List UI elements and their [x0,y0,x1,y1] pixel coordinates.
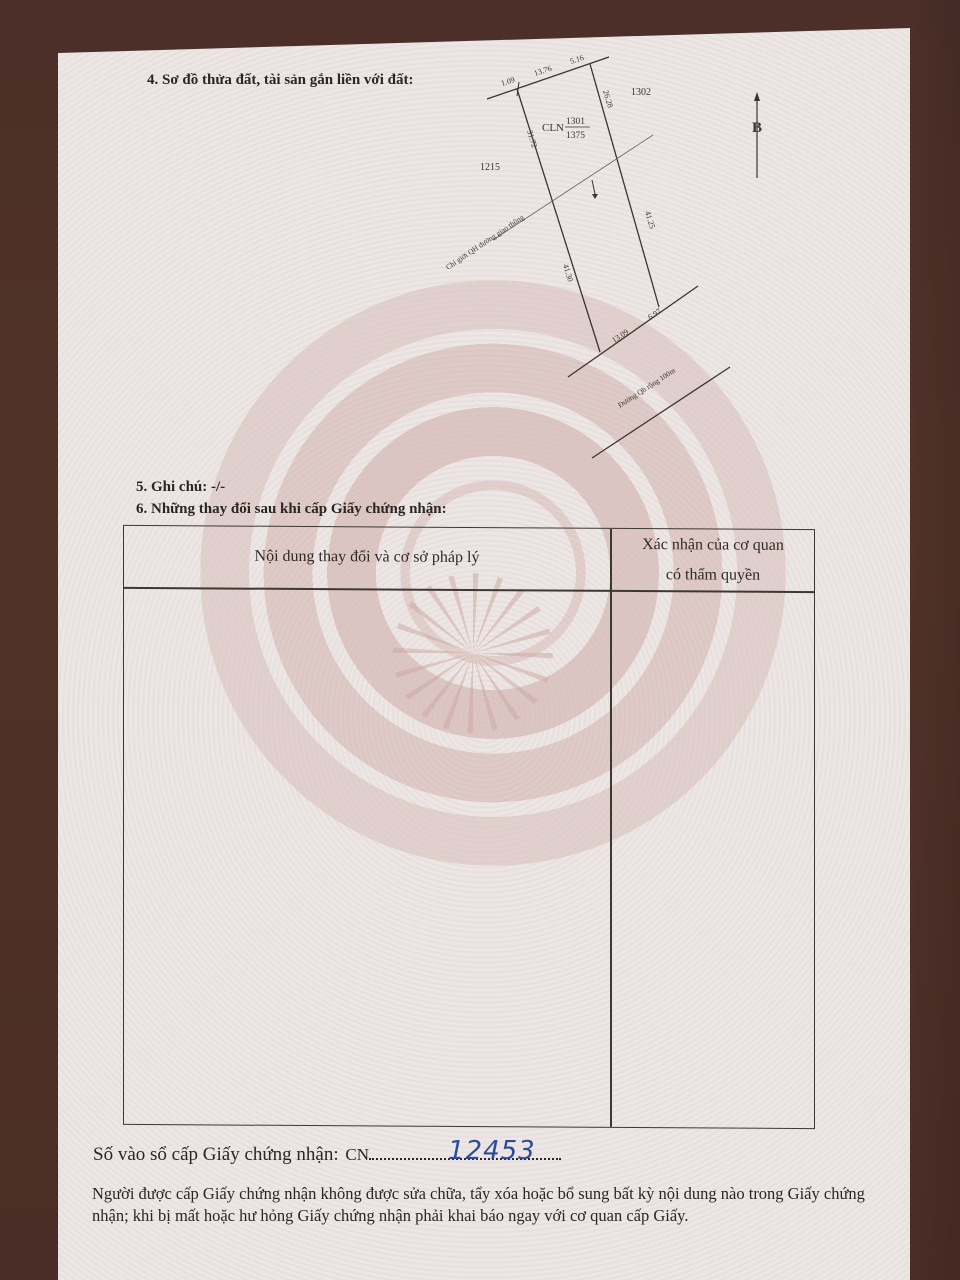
parcel-number: 1301 [566,117,585,127]
svg-text:41.25: 41.25 [643,210,657,230]
svg-text:31.72: 31.72 [525,129,539,149]
neighbor-parcel-west: 1215 [480,162,500,173]
registration-number-handwritten: 12453 [448,1136,536,1166]
parcel-area: 1375 [566,131,585,141]
notes-line: 5. Ghi chú: -/- [136,479,225,496]
parcel-sketch: B 1.09 13.76 5.16 26.28 31.72 41.25 41.3… [0,0,960,480]
authority-confirmation-cell [612,592,814,1128]
road-label: Đường Qh rộng 100m [616,366,677,410]
change-content-cell [124,589,610,1127]
column-header-content: Nội dung thay đổi và cơ sở pháp lý [124,541,610,574]
svg-text:13.76: 13.76 [533,64,553,78]
svg-text:6.97: 6.97 [646,307,663,322]
changes-section-title: 6. Những thay đổi sau khi cấp Giấy chứng… [136,501,447,518]
column-header-confirmation: Xác nhận của cơ quan có thẩm quyền [612,530,814,591]
registration-prefix: CN [345,1145,369,1164]
changes-table: Nội dung thay đổi và cơ sở pháp lý Xác n… [123,525,815,1129]
neighbor-parcel-east: 1302 [631,87,651,98]
column-header-confirmation-line2: có thẩm quyền [612,560,814,591]
svg-text:13.09: 13.09 [610,327,630,344]
svg-text:5.16: 5.16 [569,53,585,66]
planning-boundary-label: Chỉ giới QH đường giao thông [444,212,526,271]
svg-text:26.28: 26.28 [601,89,615,109]
legal-notice: Người được cấp Giấy chứng nhận không đượ… [92,1183,882,1227]
parcel-land-type: CLN [542,122,564,134]
column-header-confirmation-line1: Xác nhận của cơ quan [612,530,814,561]
shadow [910,0,960,1280]
svg-text:1.09: 1.09 [500,75,516,88]
registration-label: Số vào sổ cấp Giấy chứng nhận: [93,1144,339,1165]
north-label: B [752,120,762,136]
